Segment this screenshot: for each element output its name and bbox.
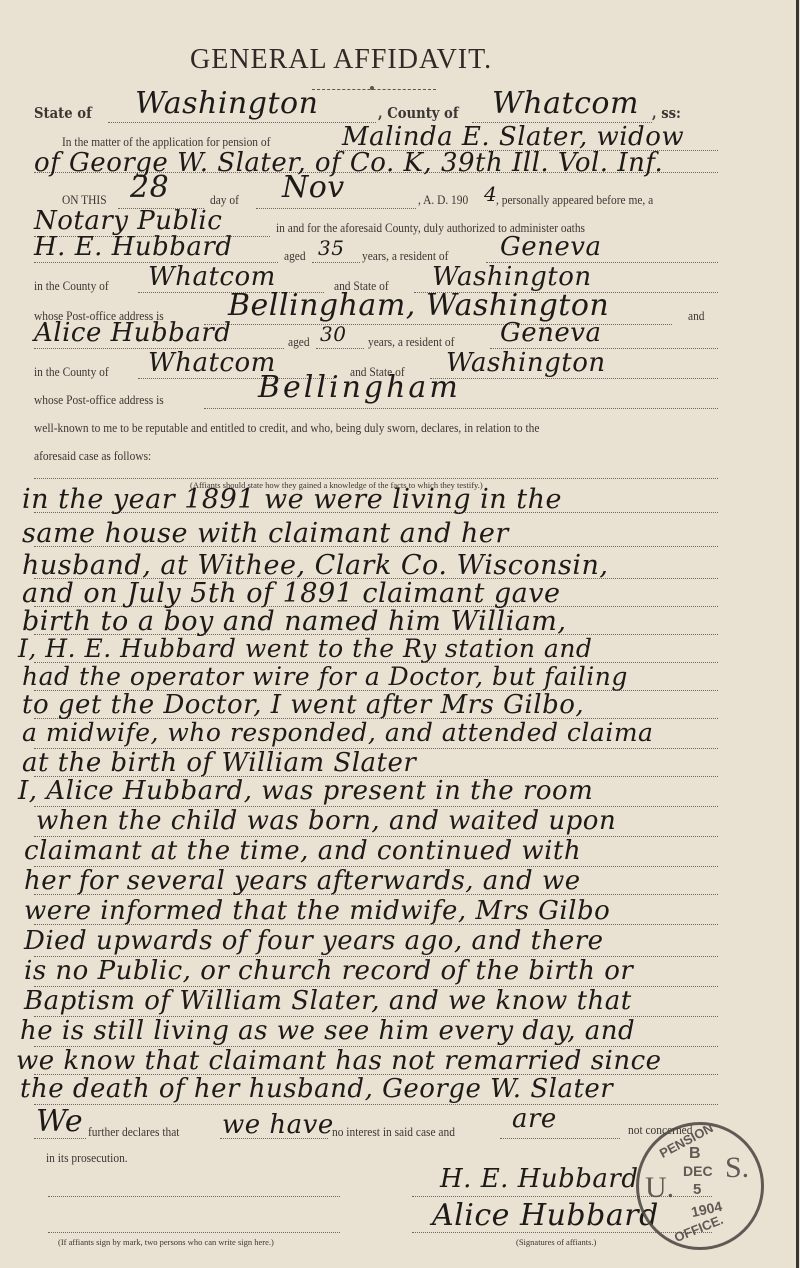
- affiant1-aged-label: aged: [284, 248, 306, 264]
- state-field-line: [108, 122, 376, 123]
- mark-note: (If affiants sign by mark, two persons w…: [58, 1237, 274, 1247]
- affiant2-name: Alice Hubbard: [34, 318, 231, 348]
- testimony-line: claimant at the time, and continued with: [24, 836, 581, 866]
- affiant2-residence: Geneva: [500, 318, 601, 348]
- testimony-line: and on July 5th of 1891 claimant gave: [22, 578, 561, 609]
- ruled-line: [34, 1104, 718, 1105]
- testimony-line: Baptism of William Slater, and we know t…: [24, 986, 632, 1016]
- affiant2-years-label: years, a resident of: [368, 334, 454, 350]
- testimony-line: is no Public, or church record of the bi…: [24, 956, 633, 986]
- testimony-line: we know that claimant has not remarried …: [16, 1046, 662, 1076]
- testimony-line: Died upwards of four years ago, and ther…: [24, 926, 604, 956]
- stamp-day: 5: [693, 1181, 701, 1198]
- appeared-label: , personally appeared before me, a: [496, 192, 653, 208]
- testimony-line: were informed that the midwife, Mrs Gilb…: [24, 896, 610, 926]
- concern-line: [500, 1138, 620, 1139]
- stamp-u: U.: [645, 1171, 674, 1205]
- affiant2-state-line: [430, 378, 718, 379]
- testimony-line: he is still living as we see him every d…: [20, 1016, 635, 1046]
- state-label: State of: [34, 104, 92, 122]
- affiant1-name: H. E. Hubbard: [34, 232, 233, 262]
- stamp-month: DEC: [683, 1163, 713, 1179]
- prosecution-label: in its prosecution.: [46, 1150, 128, 1166]
- further-label: further declares that: [88, 1124, 179, 1140]
- testimony-line: husband, at Withee, Clark Co. Wisconsin,: [22, 550, 609, 581]
- testimony-line: I, H. E. Hubbard went to the Ry station …: [18, 634, 592, 663]
- affidavit-page: GENERAL AFFIDAVIT. State of Washington ,…: [0, 0, 799, 1268]
- soldier-name: of George W. Slater, of Co. K, 39th Ill.…: [34, 148, 663, 178]
- wellknown-text-1: well-known to me to be reputable and ent…: [34, 420, 539, 436]
- signatures-note: (Signatures of affiants.): [516, 1237, 596, 1247]
- mark-witness-line-1: [48, 1196, 340, 1197]
- interest-value: we have: [222, 1110, 334, 1140]
- and-label: and: [688, 308, 705, 324]
- affiant2-age: 30: [320, 322, 346, 346]
- stamp-letter: B: [689, 1145, 701, 1163]
- interest-label: no interest in said case and: [332, 1124, 455, 1140]
- testimony-line: when the child was born, and waited upon: [36, 806, 616, 836]
- testimony-line: a midwife, who responded, and attended c…: [22, 718, 653, 747]
- testimony-line: the death of her husband, George W. Slat…: [20, 1074, 613, 1104]
- affiant2-po-line: [204, 408, 718, 409]
- affiant2-po-label: whose Post-office address is: [34, 392, 164, 408]
- testimony-line: birth to a boy and named him William,: [22, 606, 567, 637]
- affiant1-age-line: [312, 262, 360, 263]
- affiant2-county: Whatcom: [148, 348, 276, 378]
- affiant1-age: 35: [318, 236, 344, 260]
- affiant1-po-line: [204, 324, 672, 325]
- testimony-line: at the birth of William Slater: [22, 748, 416, 778]
- ss-label: , ss:: [652, 104, 681, 122]
- wellknown-text-2: aforesaid case as follows:: [34, 448, 151, 464]
- stamp-s: S.: [725, 1151, 749, 1185]
- pension-office-stamp: PENSION B DEC 5 1904 U. S. OFFICE.: [636, 1122, 764, 1250]
- title-ornament: [312, 88, 436, 90]
- testimony-line: to get the Doctor, I went after Mrs Gilb…: [22, 690, 584, 720]
- month-field-line: [256, 208, 416, 209]
- county-value: Whatcom: [492, 86, 639, 121]
- affiant2-county-label: in the County of: [34, 364, 109, 380]
- affiant1-residence: Geneva: [500, 232, 601, 262]
- testimony-line: in the year 1891 we were living in the: [22, 484, 562, 515]
- testimony-top-line: [34, 478, 718, 479]
- affiant2-po-address: Bellingham: [258, 370, 461, 405]
- testimony-line: had the operator wire for a Doctor, but …: [22, 662, 628, 691]
- testimony-line: same house with claimant and her: [22, 518, 509, 549]
- affiant2-state: Washington: [446, 348, 606, 378]
- mark-witness-line-2: [48, 1232, 340, 1233]
- subject-value: We: [36, 1104, 83, 1139]
- affiant2-age-line: [316, 348, 364, 349]
- affiant1-county-label: in the County of: [34, 278, 109, 294]
- signature-hubbard-he: H. E. Hubbard: [440, 1164, 639, 1194]
- signature-hubbard-alice: Alice Hubbard: [432, 1198, 659, 1233]
- concern-value: are: [512, 1104, 557, 1134]
- month-value: Nov: [282, 170, 345, 205]
- testimony-line: her for several years afterwards, and we: [24, 866, 581, 896]
- day-value: 28: [130, 170, 169, 205]
- state-value: Washington: [135, 86, 318, 121]
- affiant2-aged-label: aged: [288, 334, 310, 350]
- county-label: , County of: [378, 104, 459, 122]
- ad-label: , A. D. 190: [418, 192, 468, 208]
- form-title: GENERAL AFFIDAVIT.: [190, 44, 492, 76]
- testimony-line: I, Alice Hubbard, was present in the roo…: [18, 776, 593, 806]
